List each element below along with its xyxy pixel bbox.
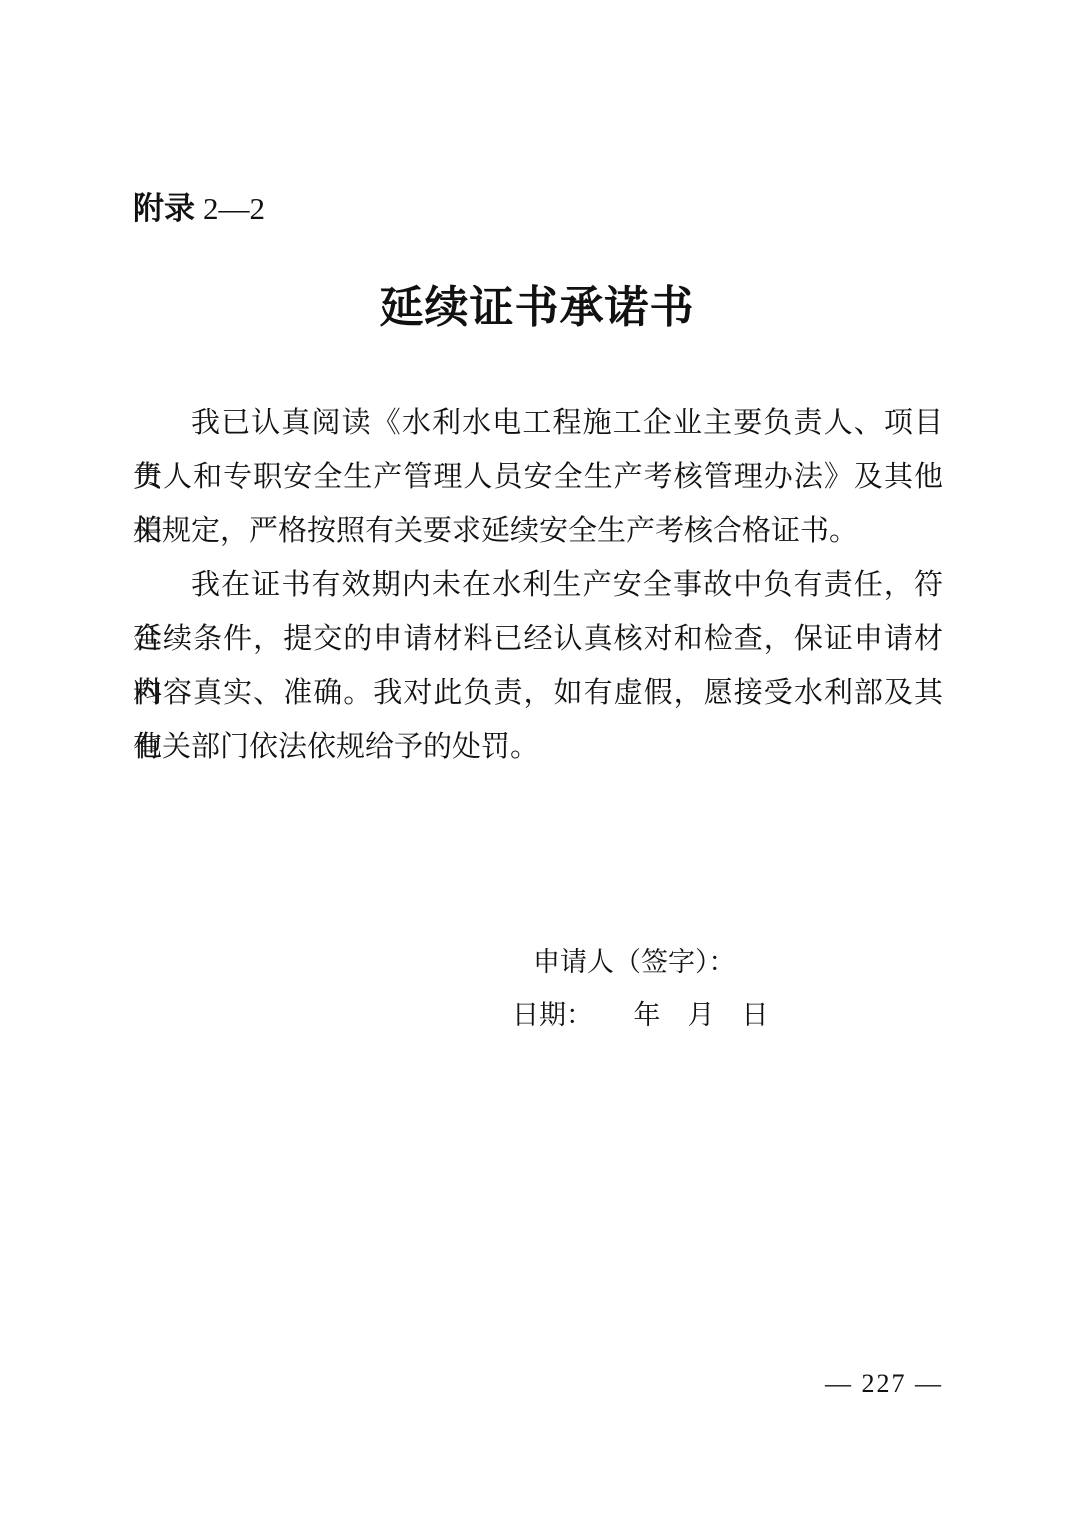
body-text: 我已认真阅读《水利水电工程施工企业主要负责人、项目负 责人和专职安全生产管理人员… bbox=[133, 396, 943, 774]
signature-date-line: 日期： 年 月 日 bbox=[512, 999, 769, 1031]
document-page: 附录2—2 延续证书承诺书 我已认真阅读《水利水电工程施工企业主要负责人、项目负… bbox=[0, 0, 1074, 1520]
paragraph-1-line-3: 关规定，严格按照有关要求延续安全生产考核合格证书。 bbox=[133, 504, 943, 558]
paragraph-2-line-2: 延续条件，提交的申请材料已经认真核对和检查，保证申请材料 bbox=[133, 612, 943, 666]
page-title: 延续证书承诺书 bbox=[0, 283, 1074, 334]
paragraph-1-line-1: 我已认真阅读《水利水电工程施工企业主要负责人、项目负 bbox=[133, 396, 943, 450]
paragraph-1-line-2: 责人和专职安全生产管理人员安全生产考核管理办法》及其他相 bbox=[133, 450, 943, 504]
paragraph-2-line-3: 内容真实、准确。我对此负责，如有虚假，愿接受水利部及其他 bbox=[133, 666, 943, 720]
signature-applicant-line: 申请人（签字）： bbox=[533, 946, 736, 978]
paragraph-2-line-1: 我在证书有效期内未在水利生产安全事故中负有责任，符合 bbox=[133, 558, 943, 612]
appendix-label-prefix: 附录 bbox=[133, 191, 195, 226]
paragraph-2-line-4: 有关部门依法依规给予的处罚。 bbox=[133, 720, 943, 774]
page-number: — 227 — bbox=[825, 1368, 943, 1399]
appendix-label: 附录2—2 bbox=[133, 192, 265, 226]
appendix-label-number: 2—2 bbox=[203, 191, 265, 226]
